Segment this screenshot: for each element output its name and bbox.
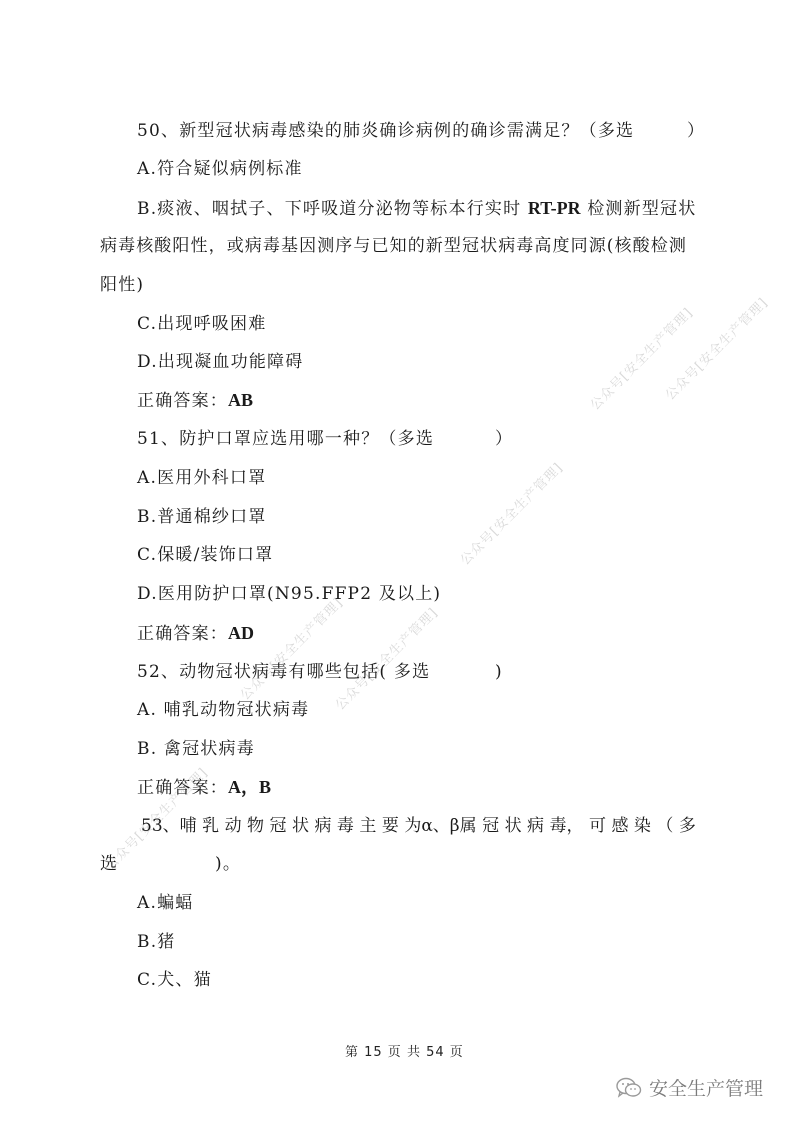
- q50-option-c: C.出现呼吸困难: [137, 313, 266, 335]
- answer-label: 正确答案：: [137, 624, 228, 644]
- answer-value: A，B: [228, 777, 271, 797]
- q53-option-b: B.猪: [137, 931, 176, 953]
- option-text: 检测新型冠状: [581, 199, 697, 219]
- option-text: B.痰液、咽拭子、下呼吸道分泌物等标本行实时: [137, 199, 528, 219]
- watermark: 公众号[安全生产管理]: [455, 457, 566, 568]
- stem-segment: 状: [292, 815, 309, 837]
- q50-option-b-line1: B.痰液、咽拭子、下呼吸道分泌物等标本行实时 RT-PR 检测新型冠状: [137, 197, 696, 220]
- stem-segment: 感: [611, 815, 628, 837]
- q50-answer: 正确答案：AB: [137, 389, 253, 412]
- option-bold-text: RT-PR: [528, 198, 581, 218]
- answer-label: 正确答案：: [137, 778, 228, 798]
- q52-answer: 正确答案：A，B: [137, 776, 271, 799]
- stem-segment: 毒: [337, 815, 354, 837]
- question-text: 52、动物冠状病毒有哪些包括( 多选: [137, 662, 430, 682]
- question-53-stem-line1: 53、哺 乳 动 物 冠 状 病 毒 主 要 为α、β属 冠 状 病 毒， 可 …: [141, 815, 696, 837]
- stem-segment: 状: [505, 815, 522, 837]
- stem-segment: 乳: [202, 815, 219, 837]
- stem-segment: 冠: [482, 815, 499, 837]
- stem-segment: 53、哺: [141, 815, 197, 837]
- watermark: 公众号[安全生产管理]: [660, 292, 771, 403]
- q53-option-c: C.犬、猫: [137, 969, 212, 991]
- stem-segment: 病: [527, 815, 544, 837]
- stem-segment: 冠: [270, 815, 287, 837]
- question-52-stem: 52、动物冠状病毒有哪些包括( 多选 ): [137, 661, 537, 683]
- stem-segment: 物: [247, 815, 264, 837]
- stem-segment: 病: [314, 815, 331, 837]
- stem-segment: 要: [382, 815, 399, 837]
- q51-option-a: A.医用外科口罩: [137, 467, 266, 489]
- stem-segment: 染: [634, 815, 651, 837]
- q50-option-b-line3: 阳性): [100, 274, 144, 296]
- question-50-stem: 50、新型冠状病毒感染的肺炎确诊病例的确诊需满足？（多选 ）: [137, 120, 697, 142]
- q53-option-a: A.蝙蝠: [137, 892, 193, 914]
- answer-label: 正确答案：: [137, 391, 228, 411]
- stem-segment: 毒，: [550, 815, 584, 837]
- question-text: 50、新型冠状病毒感染的肺炎确诊病例的确诊需满足？（多选: [137, 121, 634, 141]
- answer-value: AB: [228, 390, 253, 410]
- stem-segment: 主: [359, 815, 376, 837]
- question-close-paren: ): [495, 661, 503, 683]
- stem-segment: 动: [225, 815, 242, 837]
- page-indicator: 第 15 页 共 54 页: [345, 1041, 464, 1060]
- watermark: 公众号[安全生产管理]: [330, 602, 441, 713]
- question-text: 51、防护口罩应选用哪一种？（多选: [137, 429, 434, 449]
- q50-option-b-line2: 病毒核酸阳性，或病毒基因测序与已知的新型冠状病毒高度同源(核酸检测: [100, 235, 687, 257]
- q51-answer: 正确答案：AD: [137, 622, 254, 645]
- q51-option-c: C.保暖/装饰口罩: [137, 544, 273, 566]
- question-close-paren: ）: [495, 428, 513, 450]
- question-53-stem-line2: 选 )。: [100, 853, 300, 875]
- stem-segment: 可: [589, 815, 606, 837]
- q51-option-d: D.医用防护口罩(N95.FFP2 及以上): [137, 583, 441, 605]
- question-51-stem: 51、防护口罩应选用哪一种？（多选 ）: [137, 428, 537, 450]
- brand-name: 安全生产管理: [649, 1074, 763, 1101]
- question-close-paren: )。: [215, 853, 241, 875]
- stem-segment: （: [656, 815, 673, 837]
- q51-option-b: B.普通棉纱口罩: [137, 506, 267, 528]
- wechat-icon: [615, 1076, 643, 1100]
- answer-value: AD: [228, 623, 254, 643]
- q52-option-a: A. 哺乳动物冠状病毒: [137, 699, 309, 721]
- question-close-paren: ）: [687, 120, 705, 142]
- stem-segment: 多: [679, 815, 696, 837]
- question-text: 选: [100, 854, 118, 874]
- brand-badge: 安全生产管理: [615, 1074, 763, 1101]
- q50-option-a: A.符合疑似病例标准: [137, 158, 303, 180]
- q50-option-d: D.出现凝血功能障碍: [137, 351, 303, 373]
- q52-option-b: B. 禽冠状病毒: [137, 738, 255, 760]
- stem-segment: 为α、β属: [404, 815, 476, 837]
- watermark: 公众号[安全生产管理]: [585, 302, 696, 413]
- watermark: 公众号[安全生产管理]: [235, 592, 346, 703]
